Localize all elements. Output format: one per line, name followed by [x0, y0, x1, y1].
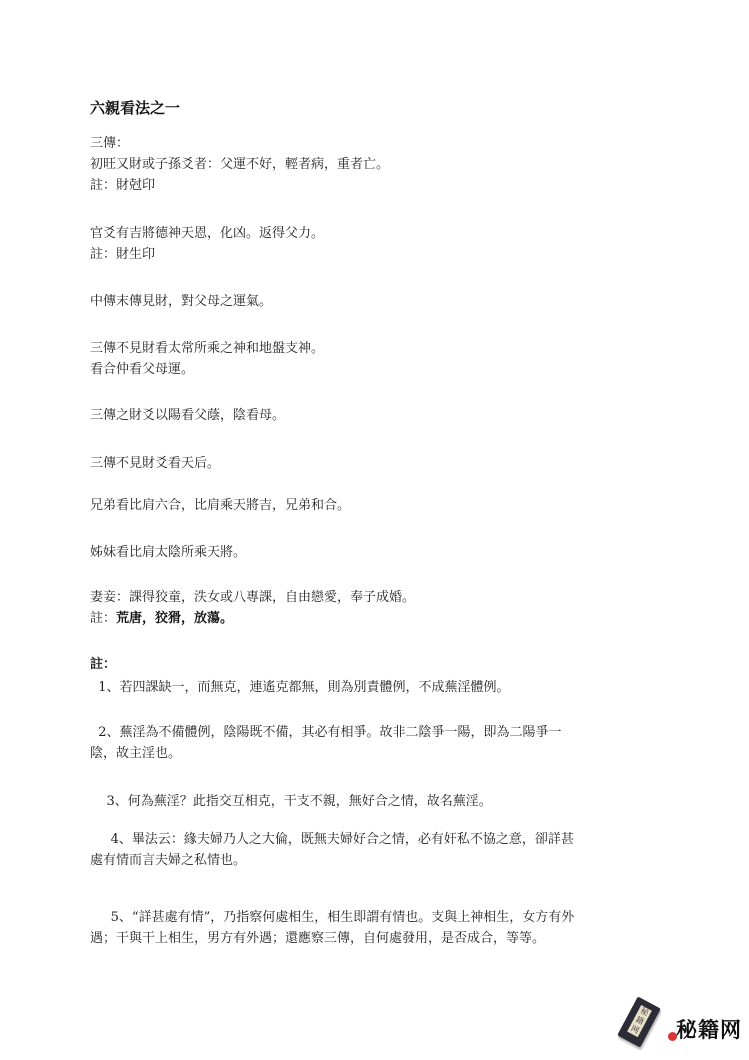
- watermark-text: 秘籍网: [676, 1014, 742, 1044]
- note-item-line: 1、若四課缺一，而無克，連遙克都無，則為別責體例，不成蕪淫體例。: [90, 680, 510, 696]
- note-item-line: 5、“詳甚處有情”，乃指察何處相生，相生即謂有情也。支與上神相生，女方有外: [90, 910, 574, 926]
- note-line: 註：荒唐，狡猾，放蕩。: [90, 611, 233, 627]
- book-label: 秘籍网: [627, 1005, 652, 1037]
- body-line: 三傳不見財爻看天后。: [90, 456, 220, 472]
- body-line: 中傳末傳見財，對父母之運氣。: [90, 294, 272, 310]
- document-title: 六親看法之一: [90, 97, 180, 118]
- body-line: 妻妾：課得狡童，泆女或八專課，自由戀愛，奉子成婚。: [90, 590, 415, 606]
- body-line: 註：財生印: [90, 247, 155, 263]
- note-item-line: 陰，故主淫也。: [90, 746, 181, 762]
- note-item-line: 3、何為蕪淫？此指交互相克，干支不親，無好合之情，故名蕪淫。: [90, 794, 492, 810]
- note-item-line: 2、蕪淫為不備體例，陰陽既不備，其必有相爭。故非二陰爭一陽，即為二陽爭一: [90, 725, 562, 741]
- note-item-line: 處有情而言夫婦之私情也。: [90, 853, 246, 869]
- body-line: 三傳之財爻以陽看父蔭，陰看母。: [90, 408, 285, 424]
- note-bold-text: 荒唐，狡猾，放蕩。: [116, 611, 233, 626]
- note-item-line: 4、畢法云：緣夫婦乃人之大倫，既無夫婦好合之情，必有奸私不協之意，卻詳甚: [90, 832, 574, 848]
- body-line: 姊妹看比肩太陰所乘天將。: [90, 545, 246, 561]
- notes-heading: 註：: [90, 657, 116, 673]
- body-line: 初旺又財或子孫爻者：父運不好，輕者病，重者亡。: [90, 157, 389, 173]
- body-line: 兄弟看比肩六合，比肩乘天將吉，兄弟和合。: [90, 498, 350, 514]
- note-item-line: 遇；干與干上相生，男方有外遇；還應察三傳，自何處發用，是否成合，等等。: [90, 931, 545, 947]
- book-icon: 秘籍网: [617, 996, 661, 1047]
- body-line: 三傳：: [90, 136, 129, 152]
- body-line: 註：財尅印: [90, 178, 155, 194]
- body-line: 看合仲看父母運。: [90, 362, 194, 378]
- watermark-logo: 秘籍网 秘籍网: [618, 996, 743, 1056]
- body-line: 三傳不見財看太常所乘之神和地盤支神。: [90, 341, 324, 357]
- note-label: 註：: [90, 611, 116, 626]
- body-line: 官爻有吉將德神天恩，化凶。返得父力。: [90, 226, 324, 242]
